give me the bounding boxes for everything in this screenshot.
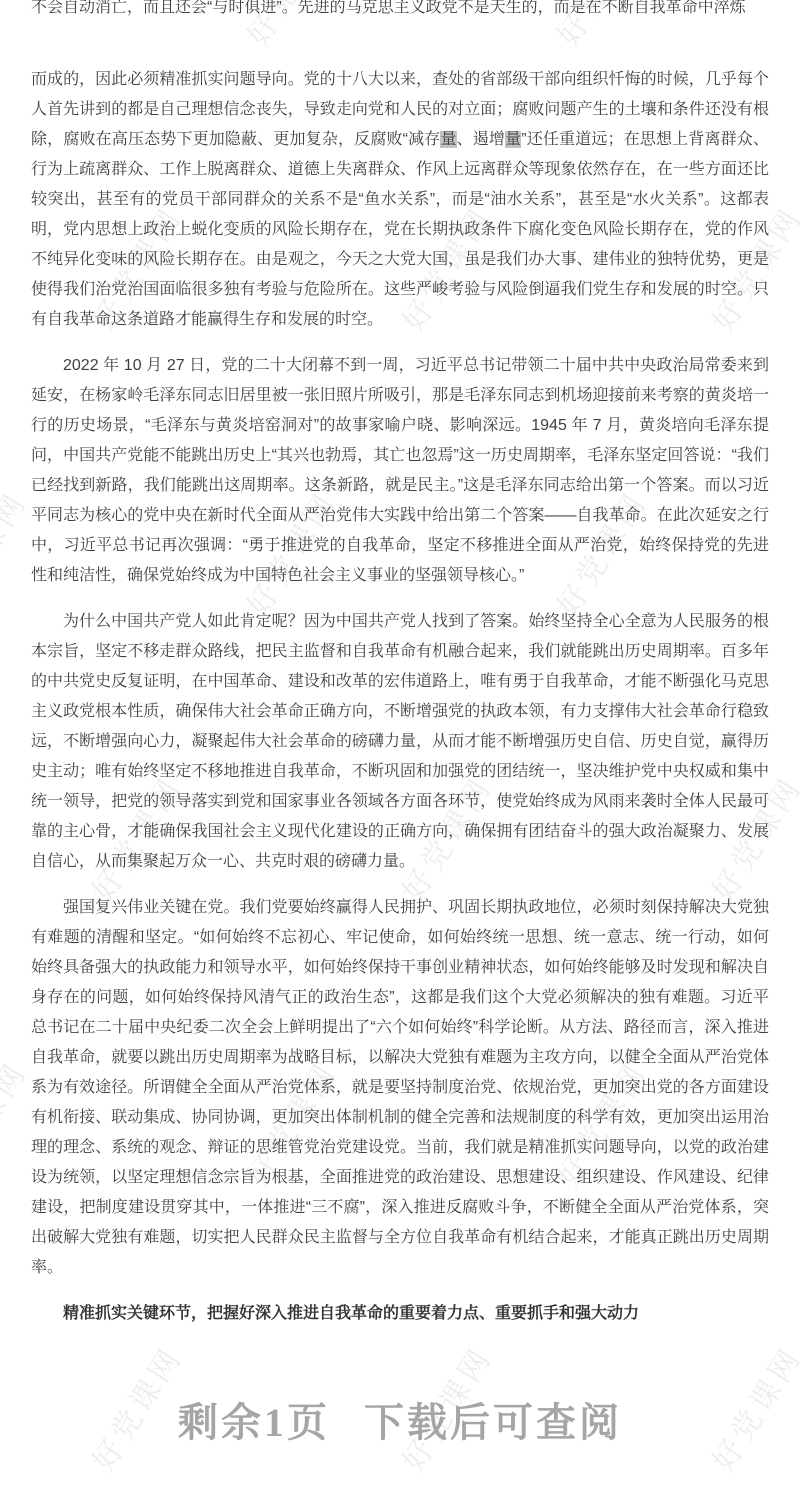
paragraph-segment: 强国复兴伟业关键在党。我们党要始终赢得人民拥护、巩固长期执政地位，必须时刻保持解… [31, 899, 769, 1276]
paragraph: 而成的，因此必须精准抓实问题导向。党的十八大以来，查处的省部级干部向组织忏悔的时… [31, 65, 769, 335]
highlighted-char: 量 [505, 131, 521, 148]
paragraphs-container: 而成的，因此必须精准抓实问题导向。党的十八大以来，查处的省部级干部向组织忏悔的时… [31, 65, 769, 1283]
paragraph-segment: 、遏增 [457, 131, 505, 148]
paragraph-segment: ”还任重道远；在思想上背离群众、行为上疏离群众、工作上脱离群众、道德上失离群众、… [31, 131, 769, 328]
paragraph: 2022 年 10 月 27 日，党的二十大闭幕不到一周，习近平总书记带领二十届… [31, 351, 769, 591]
highlighted-char: 量 [440, 131, 456, 148]
download-hint-text: 下载后可查阅 [364, 1398, 622, 1448]
paragraph-segment: 2022 年 10 月 27 日，党的二十大闭幕不到一周，习近平总书记带领二十届… [31, 357, 769, 584]
paragraph: 为什么中国共产党人如此肯定呢？因为中国共产党人找到了答案。始终坚持全心全意为人民… [31, 607, 769, 877]
section-heading: 精准抓实关键环节，把握好深入推进自我革命的重要着力点、重要抓手和强大动力 [31, 1299, 769, 1329]
document-body: 不会自动消亡，而且还会“与时俱进”。先进的马克思主义政党不是天生的，而是在不断自… [31, 0, 769, 1329]
remaining-pages-notice: 剩余1页 下载后可查阅 [0, 1398, 800, 1448]
remaining-pages-text: 剩余1页 [178, 1398, 330, 1448]
clipped-previous-line: 不会自动消亡，而且还会“与时俱进”。先进的马克思主义政党不是天生的，而是在不断自… [31, 0, 769, 23]
paragraph: 强国复兴伟业关键在党。我们党要始终赢得人民拥护、巩固长期执政地位，必须时刻保持解… [31, 893, 769, 1283]
document-preview-page: 好党课网好党课网好党课网好党课网好党课网好党课网好党课网好党课网好党课网好党课网… [0, 0, 800, 1504]
paragraph-segment: 为什么中国共产党人如此肯定呢？因为中国共产党人找到了答案。始终坚持全心全意为人民… [31, 613, 769, 870]
